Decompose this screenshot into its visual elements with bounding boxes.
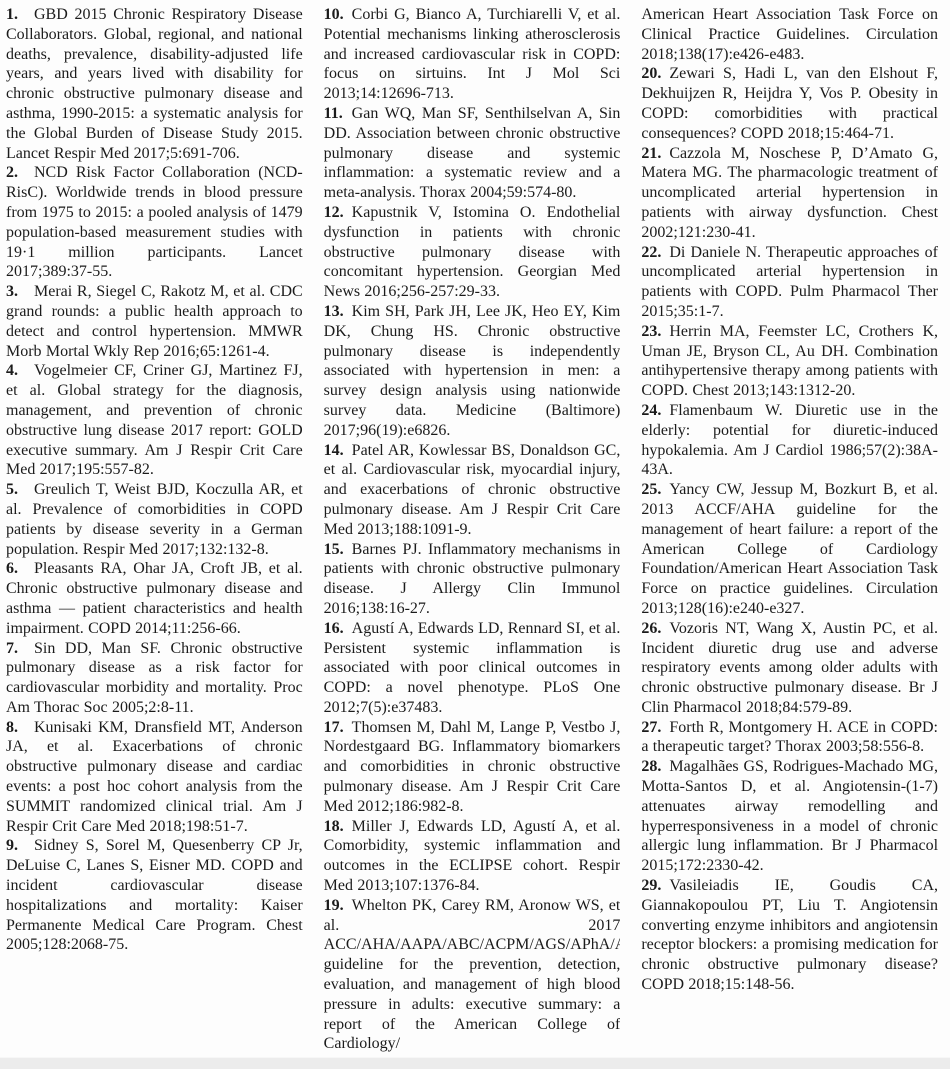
reference-item: 13.Kim SH, Park JH, Lee JK, Heo EY, Kim …: [324, 302, 621, 441]
reference-text: Patel AR, Kowlessar BS, Donaldson GC, et…: [324, 442, 621, 538]
reference-item: 9.Sidney S, Sorel M, Quesenberry CP Jr, …: [6, 836, 303, 955]
reference-text: Merai R, Siegel C, Rakotz M, et al. CDC …: [6, 283, 303, 359]
reference-text: Yancy CW, Jessup M, Bozkurt B, et al. 20…: [641, 481, 938, 617]
reference-text: Magalhães GS, Rodrigues-Machado MG, Mott…: [641, 758, 938, 874]
reference-text: Sidney S, Sorel M, Quesenberry CP Jr, De…: [6, 837, 303, 953]
reference-number: 13.: [324, 302, 352, 322]
reference-text: Thomsen M, Dahl M, Lange P, Vestbo J, No…: [324, 719, 621, 815]
reference-text: Vogelmeier CF, Criner GJ, Martinez FJ, e…: [6, 362, 303, 478]
reference-number: 7.: [6, 639, 34, 659]
reference-item: 5.Greulich T, Weist BJD, Koczulla AR, et…: [6, 480, 303, 559]
reference-item: 22.Di Daniele N. Therapeutic approaches …: [641, 243, 938, 322]
reference-text: Gan WQ, Man SF, Senthilselvan A, Sin DD.…: [324, 105, 621, 201]
reference-number: 4.: [6, 361, 34, 381]
reference-number: 20.: [641, 64, 669, 84]
reference-item: American Heart Association Task Force on…: [641, 5, 938, 64]
reference-number: 15.: [324, 540, 352, 560]
reference-text: Whelton PK, Carey RM, Aronow WS, et al. …: [324, 897, 621, 1053]
reference-text: Vasileiadis IE, Goudis CA, Giannakopoulo…: [641, 877, 938, 993]
reference-text: Pleasants RA, Ohar JA, Croft JB, et al. …: [6, 560, 303, 636]
reference-number: 10.: [324, 5, 352, 25]
page-bottom-edge: [0, 1057, 950, 1069]
reference-item: 15.Barnes PJ. Inflammatory mechanisms in…: [324, 540, 621, 619]
reference-text: Greulich T, Weist BJD, Koczulla AR, et a…: [6, 481, 303, 557]
reference-text: GBD 2015 Chronic Respiratory Disease Col…: [6, 6, 303, 162]
reference-item: 27.Forth R, Montgomery H. ACE in COPD: a…: [641, 718, 938, 758]
reference-number: 29.: [641, 876, 669, 896]
reference-item: 10.Corbi G, Bianco A, Turchiarelli V, et…: [324, 5, 621, 104]
reference-number: 6.: [6, 559, 34, 579]
reference-column: 1.GBD 2015 Chronic Respiratory Disease C…: [6, 5, 303, 1069]
reference-item: 28.Magalhães GS, Rodrigues-Machado MG, M…: [641, 757, 938, 876]
reference-number: 21.: [641, 144, 669, 164]
reference-text: Miller J, Edwards LD, Agustí A, et al. C…: [324, 818, 621, 894]
reference-item: 3.Merai R, Siegel C, Rakotz M, et al. CD…: [6, 282, 303, 361]
reference-item: 8.Kunisaki KM, Dransfield MT, Anderson J…: [6, 718, 303, 837]
reference-number: 23.: [641, 322, 669, 342]
reference-text: Barnes PJ. Inflammatory mechanisms in pa…: [324, 541, 621, 617]
reference-item: 23.Herrin MA, Feemster LC, Crothers K, U…: [641, 322, 938, 401]
reference-number: 24.: [641, 401, 669, 421]
reference-text: Kapustnik V, Istomina O. Endothelial dys…: [324, 204, 621, 300]
reference-text: American Heart Association Task Force on…: [641, 6, 938, 63]
reference-text: Flamenbaum W. Diuretic use in the elderl…: [641, 402, 938, 478]
reference-item: 18.Miller J, Edwards LD, Agustí A, et al…: [324, 817, 621, 896]
reference-item: 2.NCD Risk Factor Collaboration (NCD-Ris…: [6, 163, 303, 282]
reference-item: 17.Thomsen M, Dahl M, Lange P, Vestbo J,…: [324, 718, 621, 817]
reference-number: 27.: [641, 718, 669, 738]
reference-text: Sin DD, Man SF. Chronic obstructive pulm…: [6, 640, 303, 716]
reference-number: 17.: [324, 718, 352, 738]
reference-number: 12.: [324, 203, 352, 223]
reference-number: 19.: [324, 896, 352, 916]
reference-number: 25.: [641, 480, 669, 500]
reference-item: 11.Gan WQ, Man SF, Senthilselvan A, Sin …: [324, 104, 621, 203]
reference-item: 12.Kapustnik V, Istomina O. Endothelial …: [324, 203, 621, 302]
reference-number: 8.: [6, 718, 34, 738]
reference-number: 18.: [324, 817, 352, 837]
reference-text: NCD Risk Factor Collaboration (NCD-RisC)…: [6, 164, 303, 280]
reference-columns-container: 1.GBD 2015 Chronic Respiratory Disease C…: [6, 5, 938, 1069]
reference-column: 10.Corbi G, Bianco A, Turchiarelli V, et…: [324, 5, 621, 1069]
reference-text: Cazzola M, Noschese P, D’Amato G, Matera…: [641, 145, 938, 241]
reference-text: Corbi G, Bianco A, Turchiarelli V, et al…: [324, 6, 621, 102]
reference-number: 16.: [324, 619, 352, 639]
reference-item: 20.Zewari S, Hadi L, van den Elshout F, …: [641, 64, 938, 143]
reference-number: 3.: [6, 282, 34, 302]
reference-number: 5.: [6, 480, 34, 500]
reference-text: Kunisaki KM, Dransfield MT, Anderson JA,…: [6, 719, 303, 835]
reference-number: 9.: [6, 836, 34, 856]
reference-text: Vozoris NT, Wang X, Austin PC, et al. In…: [641, 620, 938, 716]
reference-item: 6.Pleasants RA, Ohar JA, Croft JB, et al…: [6, 559, 303, 638]
reference-item: 7.Sin DD, Man SF. Chronic obstructive pu…: [6, 639, 303, 718]
reference-text: Forth R, Montgomery H. ACE in COPD: a th…: [641, 719, 938, 756]
reference-number: 2.: [6, 163, 34, 183]
reference-number: 28.: [641, 757, 669, 777]
reference-number: 26.: [641, 619, 669, 639]
reference-item: 14.Patel AR, Kowlessar BS, Donaldson GC,…: [324, 441, 621, 540]
reference-text: Zewari S, Hadi L, van den Elshout F, Dek…: [641, 65, 938, 141]
reference-item: 21.Cazzola M, Noschese P, D’Amato G, Mat…: [641, 144, 938, 243]
reference-number: 14.: [324, 441, 352, 461]
reference-item: 19.Whelton PK, Carey RM, Aronow WS, et a…: [324, 896, 621, 1054]
reference-text: Herrin MA, Feemster LC, Crothers K, Uman…: [641, 323, 938, 399]
reference-number: 11.: [324, 104, 352, 124]
reference-item: 16.Agustí A, Edwards LD, Rennard SI, et …: [324, 619, 621, 718]
reference-item: 25.Yancy CW, Jessup M, Bozkurt B, et al.…: [641, 480, 938, 619]
reference-item: 24.Flamenbaum W. Diuretic use in the eld…: [641, 401, 938, 480]
reference-number: 1.: [6, 5, 34, 25]
references-page: 1.GBD 2015 Chronic Respiratory Disease C…: [0, 0, 950, 1069]
reference-column: American Heart Association Task Force on…: [641, 5, 938, 1069]
reference-item: 4.Vogelmeier CF, Criner GJ, Martinez FJ,…: [6, 361, 303, 480]
reference-text: Di Daniele N. Therapeutic approaches of …: [641, 244, 938, 320]
reference-item: 29.Vasileiadis IE, Goudis CA, Giannakopo…: [641, 876, 938, 995]
reference-item: 1.GBD 2015 Chronic Respiratory Disease C…: [6, 5, 303, 163]
reference-number: 22.: [641, 243, 669, 263]
reference-item: 26.Vozoris NT, Wang X, Austin PC, et al.…: [641, 619, 938, 718]
reference-text: Kim SH, Park JH, Lee JK, Heo EY, Kim DK,…: [324, 303, 621, 439]
reference-text: Agustí A, Edwards LD, Rennard SI, et al.…: [324, 620, 621, 716]
